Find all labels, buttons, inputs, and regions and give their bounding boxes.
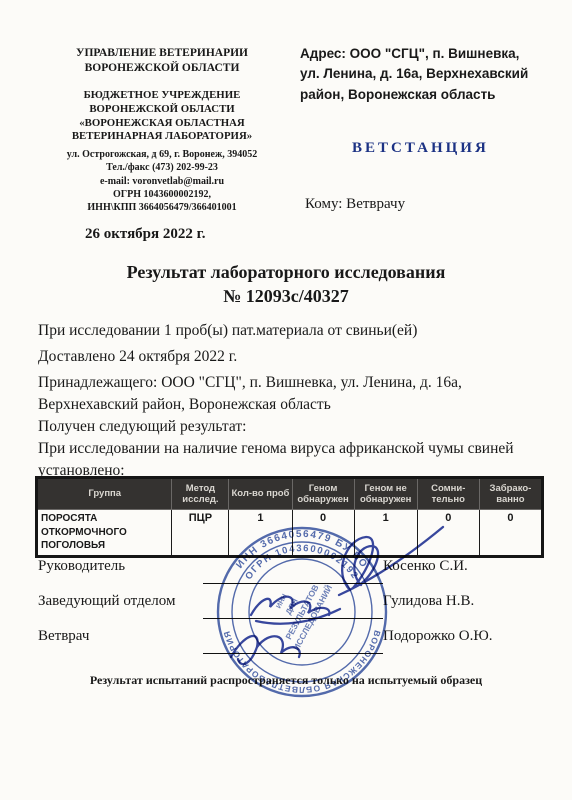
vetstation-ink-stamp: ВЕТСТАНЦИЯ <box>352 140 489 157</box>
recipient-to-line: Кому: Ветврачу <box>305 196 405 213</box>
recipient-address-line: район, Воронежская область <box>300 85 552 105</box>
header-sample-count: Кол-во проб <box>229 478 292 510</box>
header-genome-detected: Геном обнаружен <box>292 478 354 510</box>
header-genome-not-detected: Геном не обнаружен <box>354 478 417 510</box>
signature-role: Ветврач <box>38 628 89 645</box>
signature-name: Подорожко О.Ю. <box>383 628 493 645</box>
header-doubtful: Сомни- тельно <box>417 478 479 510</box>
recipient-address-line: Адрес: ООО "СГЦ", п. Вишневка, <box>300 44 552 64</box>
letterhead-line: УПРАВЛЕНИЕ ВЕТЕРИНАРИИ <box>52 46 272 61</box>
letterhead-phone-line: Тел./факс (473) 202-99-23 <box>52 161 272 174</box>
recipient-address-block: Адрес: ООО "СГЦ", п. Вишневка, ул. Ленин… <box>300 44 552 105</box>
document-date: 26 октября 2022 г. <box>85 226 206 243</box>
letterhead-ogrn-line: ОГРН 1043600002192, <box>52 188 272 201</box>
cell-doubtful: 0 <box>417 510 479 557</box>
letterhead-institution: БЮДЖЕТНОЕ УЧРЕЖДЕНИЕ ВОРОНЕЖСКОЙ ОБЛАСТИ… <box>52 89 272 144</box>
letterhead-line: «ВОРОНЕЖСКАЯ ОБЛАСТНАЯ <box>52 117 272 131</box>
document-number: № 12093с/40327 <box>0 284 572 308</box>
table-header-row: Группа Метод исслед. Кол-во проб Геном о… <box>37 478 543 510</box>
letterhead-line: ВОРОНЕЖСКОЙ ОБЛАСТИ <box>52 103 272 117</box>
document-title-line1: Результат лабораторного исследования <box>0 260 572 284</box>
paragraph-owner: Принадлежащего: ООО "СГЦ", п. Вишневка, … <box>38 372 538 416</box>
letterhead-line: ВОРОНЕЖСКОЙ ОБЛАСТИ <box>52 61 272 76</box>
round-seal-stamp: ИНН 3664056479 БУ ВО ВОРОНЕЖСКАЯ ОБЛВЕТЛ… <box>207 517 397 707</box>
signature-role: Руководитель <box>38 558 125 575</box>
letterhead-contacts: ул. Острогожская, д 69, г. Воронеж, 3940… <box>52 148 272 214</box>
cell-rejected: 0 <box>479 510 542 557</box>
letterhead-org-block: УПРАВЛЕНИЕ ВЕТЕРИНАРИИ ВОРОНЕЖСКОЙ ОБЛАС… <box>52 46 272 214</box>
signature-role: Заведующий отделом <box>38 593 175 610</box>
letterhead-email-line: e-mail: voronvetlab@mail.ru <box>52 175 272 188</box>
letterhead-inn-line: ИНН\КПП 3664056479/366401001 <box>52 201 272 214</box>
recipient-address-line: ул. Ленина, д. 16а, Верхнехавский <box>300 64 552 84</box>
header-rejected: Забрако- ванно <box>479 478 542 510</box>
results-table-header: Группа Метод исслед. Кол-во проб Геном о… <box>37 478 543 510</box>
scanned-lab-result-document: УПРАВЛЕНИЕ ВЕТЕРИНАРИИ ВОРОНЕЖСКОЙ ОБЛАС… <box>0 0 572 800</box>
body-paragraphs: При исследовании 1 проб(ы) пат.материала… <box>38 320 538 482</box>
letterhead-line: БЮДЖЕТНОЕ УЧРЕЖДЕНИЕ <box>52 89 272 103</box>
paragraph-delivered: Доставлено 24 октября 2022 г. <box>38 346 538 368</box>
paragraph-result-intro: Получен следующий результат: <box>38 416 538 438</box>
letterhead-street-line: ул. Острогожская, д 69, г. Воронеж, 3940… <box>52 148 272 161</box>
document-title: Результат лабораторного исследования № 1… <box>0 260 572 309</box>
header-group: Группа <box>37 478 172 510</box>
letterhead-department: УПРАВЛЕНИЕ ВЕТЕРИНАРИИ ВОРОНЕЖСКОЙ ОБЛАС… <box>52 46 272 76</box>
paragraph-samples: При исследовании 1 проб(ы) пат.материала… <box>38 320 538 342</box>
letterhead-line: ВЕТЕРИНАРНАЯ ЛАБОРАТОРИЯ» <box>52 130 272 144</box>
cell-group: ПОРОСЯТА ОТКОРМОЧНОГО ПОГОЛОВЬЯ <box>37 510 172 557</box>
seal-inner-text: ИНН ДЛЯ РЕЗУЛЬТАТОВ ИССЛЕДОВАНИЙ <box>262 568 334 652</box>
header-method: Метод исслед. <box>172 478 229 510</box>
